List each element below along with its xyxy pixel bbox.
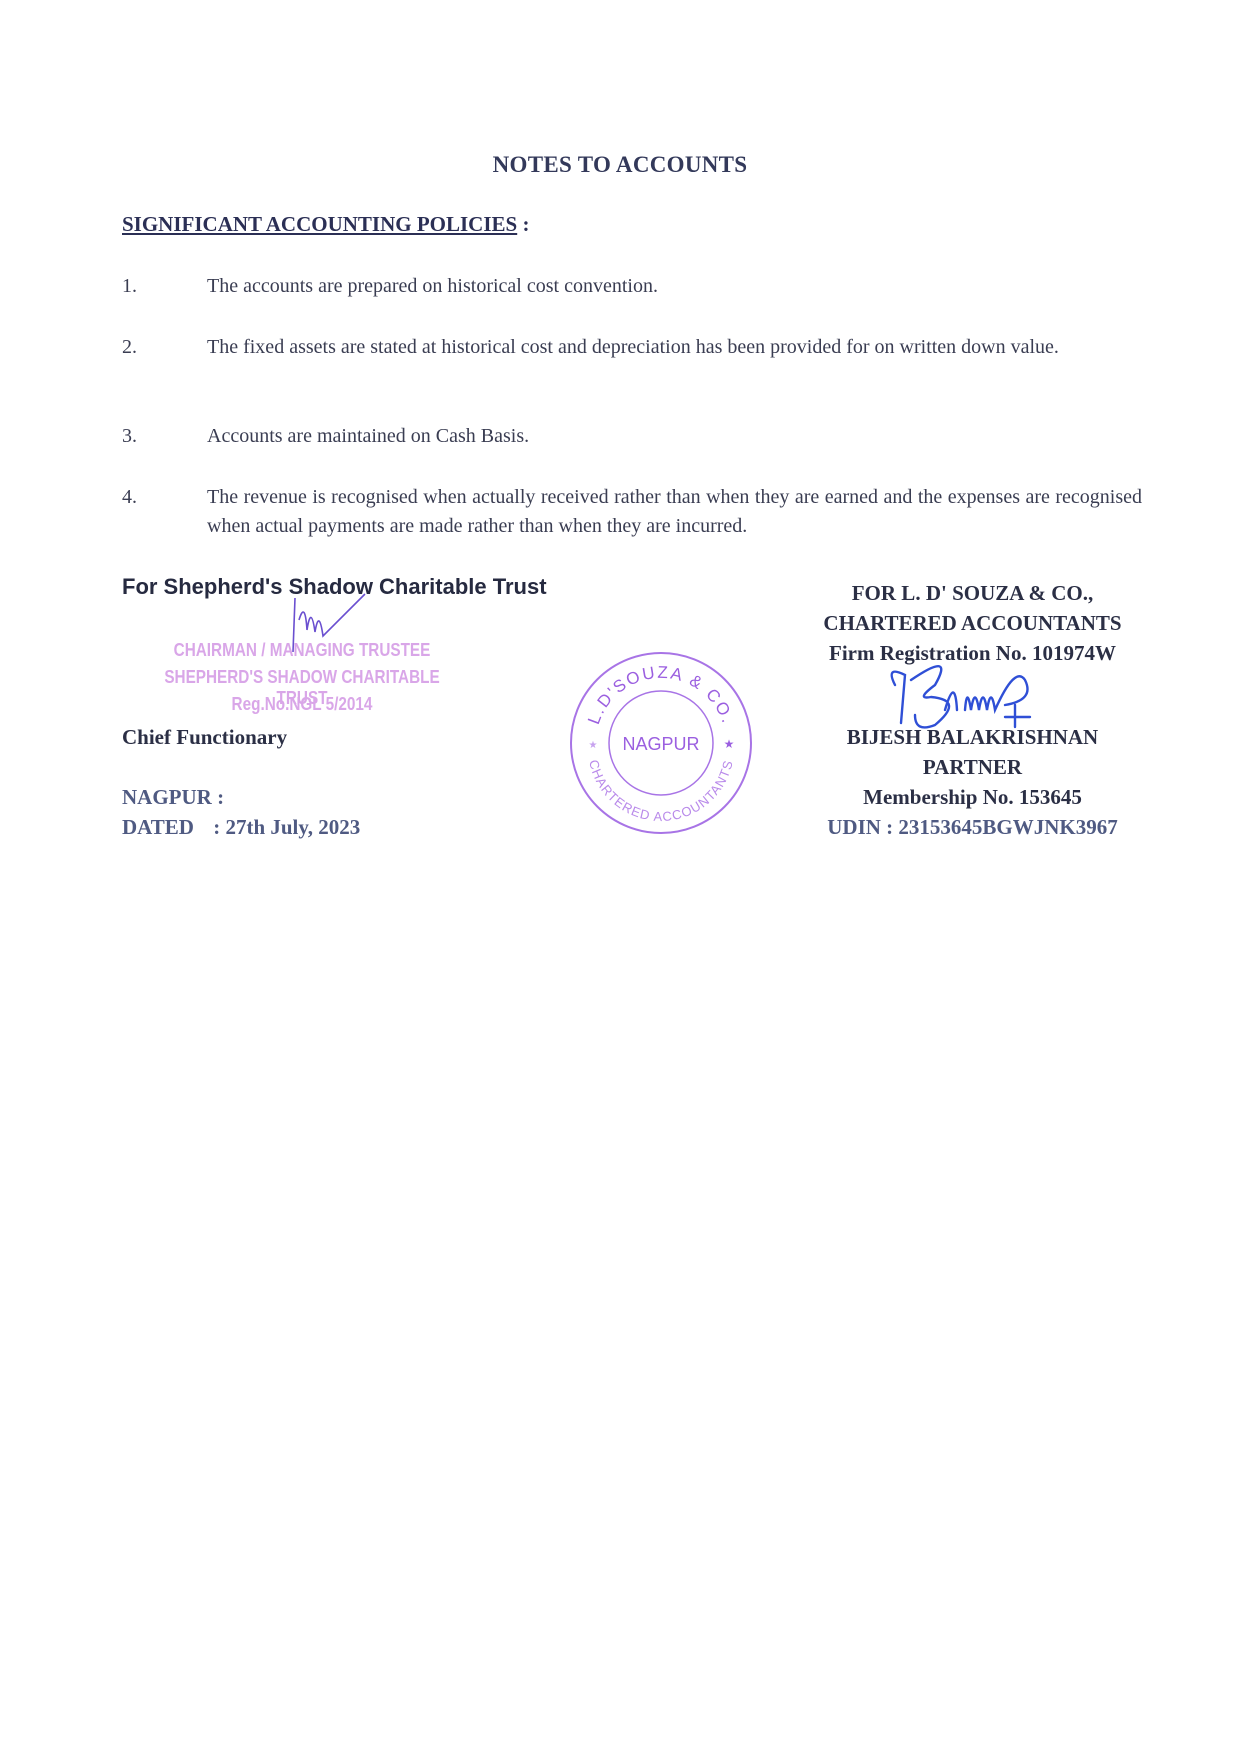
designation: Chief Functionary — [122, 725, 287, 750]
policy-number: 3. — [122, 422, 137, 451]
round-seal-icon: L.D'SOUZA & CO. CHARTERED ACCOUNTANTS NA… — [566, 648, 756, 838]
policy-text: The revenue is recognised when actually … — [207, 483, 1142, 541]
partner-name: BIJESH BALAKRISHNAN — [800, 722, 1145, 752]
auditor-line1: FOR L. D' SOUZA & CO., — [800, 578, 1145, 608]
policy-text: The accounts are prepared on historical … — [207, 272, 1142, 301]
membership-number: Membership No. 153645 — [800, 782, 1145, 812]
policy-number: 4. — [122, 483, 137, 512]
policy-number: 2. — [122, 333, 137, 362]
svg-text:L.D'SOUZA & CO.: L.D'SOUZA & CO. — [584, 663, 738, 727]
policy-text: The fixed assets are stated at historica… — [207, 333, 1142, 362]
svg-text:NAGPUR: NAGPUR — [622, 734, 699, 754]
stamp-line: CHAIRMAN / MANAGING TRUSTEE — [149, 640, 455, 661]
svg-text:CHARTERED ACCOUNTANTS: CHARTERED ACCOUNTANTS — [586, 758, 736, 824]
svg-text:★: ★ — [724, 737, 735, 751]
section-heading-text: SIGNIFICANT ACCOUNTING POLICIES — [122, 212, 517, 236]
section-heading: SIGNIFICANT ACCOUNTING POLICIES : — [122, 212, 529, 237]
page-title: NOTES TO ACCOUNTS — [0, 152, 1240, 178]
auditor-partner-block: BIJESH BALAKRISHNAN PARTNER Membership N… — [800, 722, 1145, 842]
policy-number: 1. — [122, 272, 137, 301]
udin: UDIN : 23153645BGWJNK3967 — [800, 812, 1145, 842]
partner-designation: PARTNER — [800, 752, 1145, 782]
policy-text: Accounts are maintained on Cash Basis. — [207, 422, 1142, 451]
auditor-line2: CHARTERED ACCOUNTANTS — [800, 608, 1145, 638]
dated-label: DATED — [122, 815, 194, 839]
dated: DATED : 27th July, 2023 — [122, 815, 360, 840]
dated-value: : 27th July, 2023 — [213, 815, 360, 839]
svg-text:★: ★ — [589, 740, 598, 751]
place: NAGPUR : — [122, 785, 224, 810]
stamp-line: Reg.No.NGL 5/2014 — [149, 694, 455, 715]
